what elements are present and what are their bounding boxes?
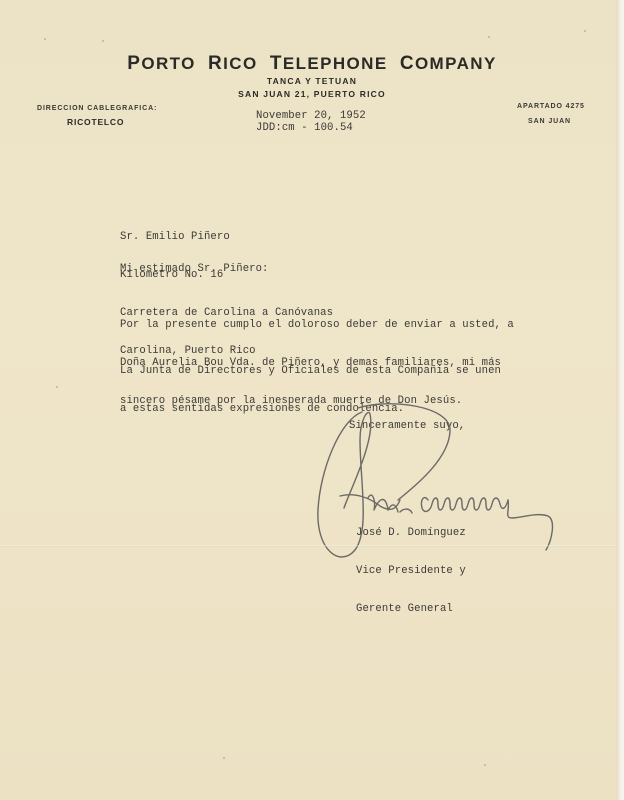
company-name-text: PORTO RICO TELEPHONE COMPANY — [127, 54, 496, 73]
recipient-name: Sr. Emilio Piñero — [120, 231, 333, 244]
body-line: Por la presente cumplo el doloroso deber… — [120, 319, 514, 332]
cable-address-label: DIRECCION CABLEGRAFICA: — [37, 105, 157, 112]
page-edge — [616, 0, 624, 800]
letterhead-address-line1: TANCA Y TETUAN — [0, 76, 616, 86]
signer-block: José D. Domínguez Vice Presidente y Gere… — [356, 502, 466, 641]
paper-speck — [44, 38, 46, 40]
paper-speck — [484, 764, 486, 766]
paper-speck — [56, 386, 58, 388]
letter-page: PORTO RICO TELEPHONE COMPANY TANCA Y TET… — [0, 0, 616, 800]
signer-name: José D. Domínguez — [356, 527, 466, 540]
closing: Sinceramente suyo, — [349, 420, 465, 433]
paper-speck — [488, 36, 490, 38]
company-name: PORTO RICO TELEPHONE COMPANY — [0, 53, 616, 75]
cable-address-value: RICOTELCO — [67, 117, 124, 127]
paper-fold-line — [0, 545, 616, 547]
po-box: APARTADO 4275 — [517, 103, 585, 110]
po-box-city: SAN JUAN — [528, 118, 571, 125]
signer-title: Gerente General — [356, 603, 466, 616]
paper-speck — [584, 30, 586, 32]
letterhead-address-line2: SAN JUAN 21, PUERTO RICO — [0, 89, 616, 99]
reference-code: JDD:cm - 100.54 — [256, 122, 353, 135]
salutation: Mi estimado Sr. Piñero: — [120, 263, 269, 276]
signer-title: Vice Presidente y — [356, 565, 466, 578]
paper-speck — [102, 40, 104, 42]
body-line: a estas sentidas expresiones de condolen… — [120, 403, 501, 416]
paper-speck — [223, 757, 225, 759]
letter-date: November 20, 1952 — [256, 110, 366, 123]
body-line: La Junta de Directores y Oficiales de es… — [120, 365, 501, 378]
